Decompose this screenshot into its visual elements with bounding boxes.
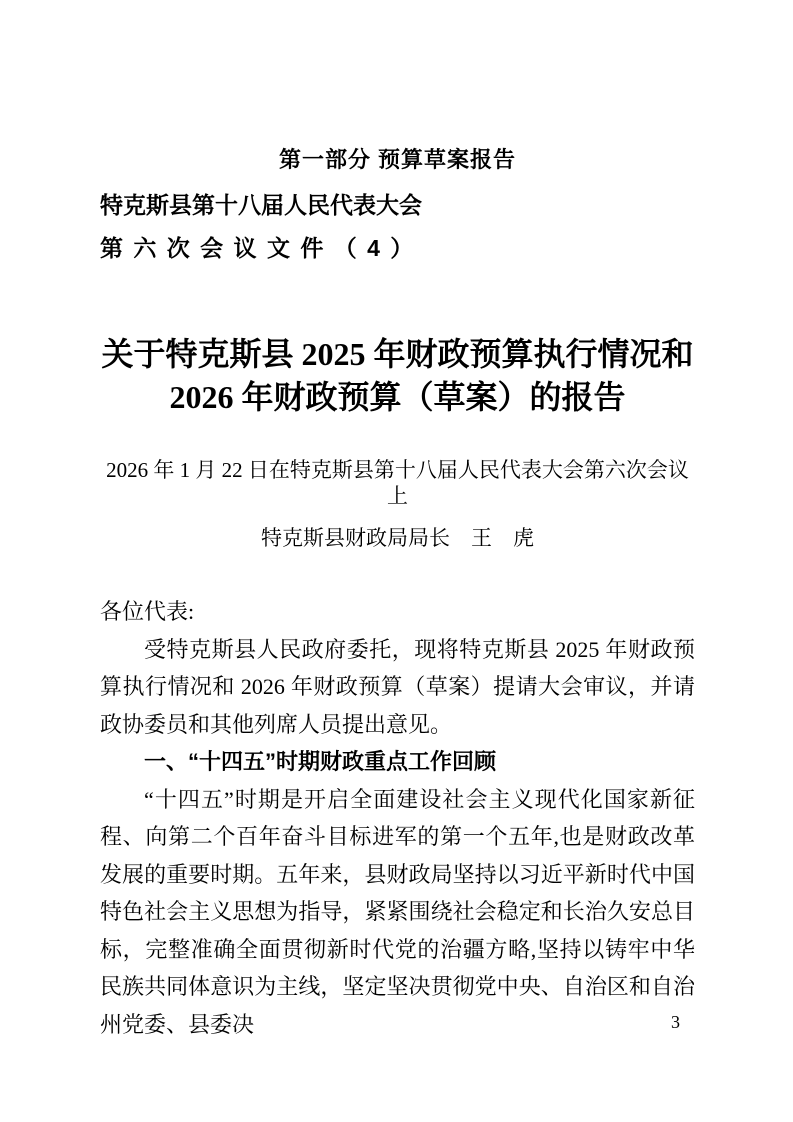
part-heading: 第一部分 预算草案报告 (100, 148, 695, 172)
report-title-line1: 关于特克斯县 2025 年财政预算执行情况和 (101, 336, 693, 372)
report-title-line2: 2026 年财政预算（草案）的报告 (169, 379, 625, 415)
speaker-line: 特克斯县财政局局长 王 虎 (100, 525, 695, 551)
salutation: 各位代表: (100, 593, 695, 631)
meeting-doc-number: 第 六 次 会 议 文 件 （ 4 ） (100, 236, 695, 261)
document-page: 第一部分 预算草案报告 特克斯县第十八届人民代表大会 第 六 次 会 议 文 件… (0, 0, 793, 1122)
section-1-paragraph: “十四五”时期是开启全面建设社会主义现代化国家新征程、向第二个百年奋斗目标进军的… (100, 781, 695, 1044)
report-body: 各位代表: 受特克斯县人民政府委托，现将特克斯县 2025 年财政预算执行情况和… (100, 593, 695, 1043)
meeting-date-line: 2026 年 1 月 22 日在特克斯县第十八届人民代表大会第六次会议上 (100, 457, 695, 509)
intro-paragraph: 受特克斯县人民政府委托，现将特克斯县 2025 年财政预算执行情况和 2026 … (100, 631, 695, 744)
section-1-heading: 一、“十四五”时期财政重点工作回顾 (100, 743, 695, 781)
report-title: 关于特克斯县 2025 年财政预算执行情况和 2026 年财政预算（草案）的报告 (100, 333, 695, 419)
congress-name: 特克斯县第十八届人民代表大会 (100, 193, 695, 218)
page-number: 3 (671, 1011, 680, 1033)
